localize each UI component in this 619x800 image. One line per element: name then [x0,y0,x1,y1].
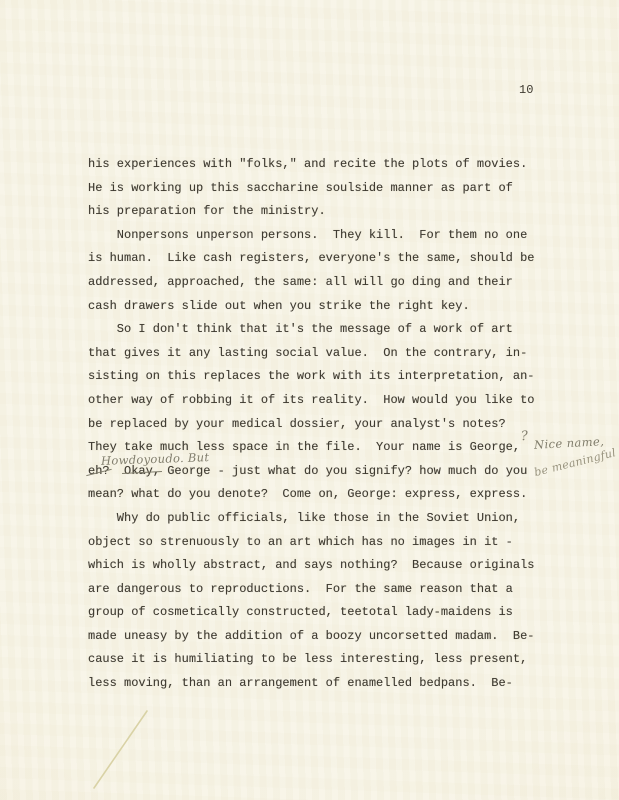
typed-line: Nonpersons unperson persons. They kill. … [88,224,568,248]
typed-line: is human. Like cash registers, everyone'… [88,247,568,271]
typed-line: his experiences with "folks," and recite… [88,153,568,177]
typed-line: other way of robbing it of its reality. … [88,389,568,413]
manuscript-page: 10 his experiences with "folks," and rec… [0,0,619,800]
typed-line: less moving, than an arrangement of enam… [88,672,568,696]
typed-line: which is wholly abstract, and says nothi… [88,554,568,578]
typed-line: are dangerous to reproductions. For the … [88,578,568,602]
typed-line: that gives it any lasting social value. … [88,342,568,366]
typed-line: Why do public officials, like those in t… [88,507,568,531]
typed-line: cause it is humiliating to be less inter… [88,648,568,672]
typed-body: his experiences with "folks," and recite… [88,153,568,696]
typed-line: He is working up this saccharine soulsid… [88,177,568,201]
handwritten-nice-name-note: Nice name, [534,434,605,452]
typed-line: So I don't think that it's the message o… [88,318,568,342]
page-number: 10 [519,83,533,97]
typed-line: be replaced by your medical dossier, you… [88,413,568,437]
typed-line: mean? what do you denote? Come on, Georg… [88,483,568,507]
typed-line: sisting on this replaces the work with i… [88,365,568,389]
typed-line: made uneasy by the addition of a boozy u… [88,625,568,649]
typed-line: addressed, approached, the same: all wil… [88,271,568,295]
typed-line: his preparation for the ministry. [88,200,568,224]
handwritten-question-mark: ? [520,429,528,444]
typed-line: object so strenuously to an art which ha… [88,531,568,555]
typed-line: group of cosmetically constructed, teeto… [88,601,568,625]
typed-line-rest: George - just what do you signify? how m… [160,464,527,478]
typed-line: cash drawers slide out when you strike t… [88,295,568,319]
